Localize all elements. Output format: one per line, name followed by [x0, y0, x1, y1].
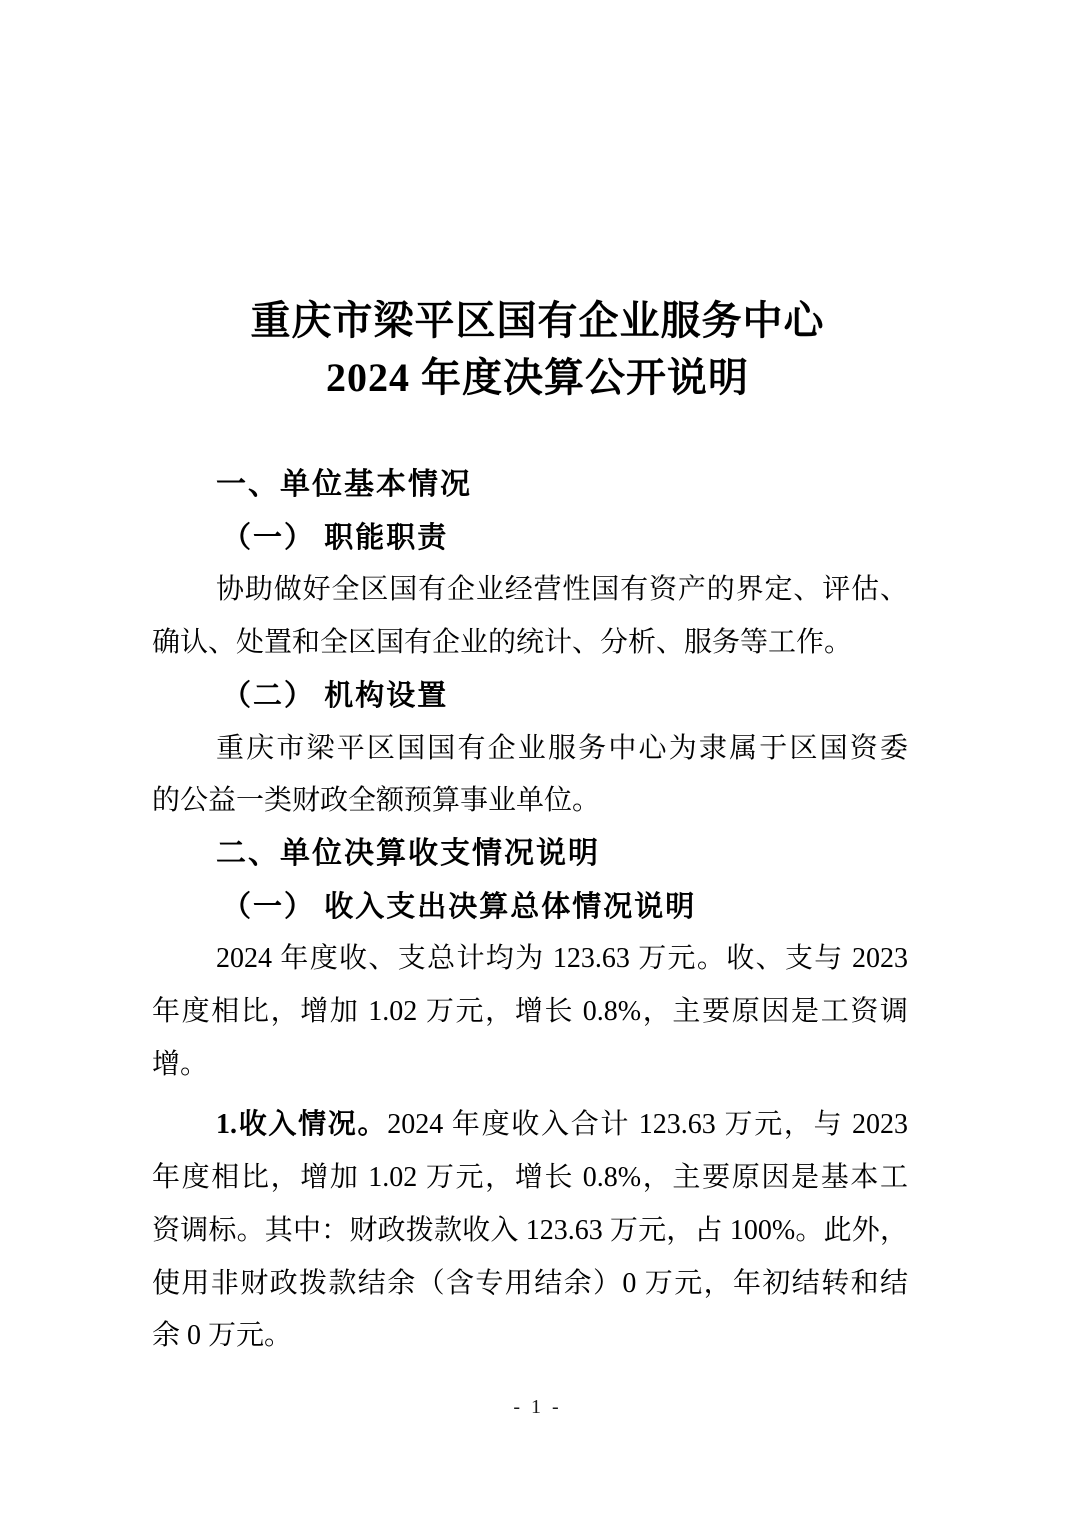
document-page: 重庆市梁平区国有企业服务中心 2024 年度决算公开说明 一、单位基本情况（一）…: [0, 0, 1075, 1520]
paragraph-line: 的公益一类财政全额预算事业单位。: [152, 775, 908, 828]
document-body: 一、单位基本情况（一） 职能职责协助做好全区国有企业经营性国有资产的界定、评估、…: [152, 459, 908, 1363]
paragraph-line: 协助做好全区国有企业经营性国有资产的界定、评估、: [152, 564, 908, 617]
paragraph-line: 余 0 万元。: [152, 1310, 908, 1363]
paragraph-line: 2024 年度收、支总计均为 123.63 万元。收、支与 2023: [152, 933, 908, 986]
paragraph-line: 年度相比，增加 1.02 万元，增长 0.8%，主要原因是基本工: [152, 1152, 908, 1205]
paragraph: 2024 年度收、支总计均为 123.63 万元。收、支与 2023年度相比，增…: [152, 933, 908, 1091]
document-title-line-1: 重庆市梁平区国有企业服务中心: [0, 292, 1075, 349]
document-title-line-2: 2024 年度决算公开说明: [0, 349, 1075, 406]
paragraph-line: 资调标。其中：财政拨款收入 123.63 万元，占 100%。此外，: [152, 1205, 908, 1258]
sub-heading: （二） 机构设置: [152, 670, 908, 723]
paragraph-line: 重庆市梁平区国国有企业服务中心为隶属于区国资委: [152, 723, 908, 776]
page-number: - 1 -: [0, 1396, 1075, 1419]
sub-heading: （一） 收入支出决算总体情况说明: [152, 881, 908, 934]
paragraph: 1.收入情况。2024 年度收入合计 123.63 万元，与 2023年度相比，…: [152, 1099, 908, 1363]
paragraph: 协助做好全区国有企业经营性国有资产的界定、评估、确认、处置和全区国有企业的统计、…: [152, 564, 908, 669]
sub-heading: （一） 职能职责: [152, 512, 908, 565]
paragraph: 重庆市梁平区国国有企业服务中心为隶属于区国资委的公益一类财政全额预算事业单位。: [152, 723, 908, 828]
paragraph-line: 使用非财政拨款结余（含专用结余）0 万元，年初结转和结: [152, 1258, 908, 1311]
paragraph-line: 增。: [152, 1039, 908, 1092]
section-heading: 二、单位决算收支情况说明: [152, 828, 908, 881]
document-title: 重庆市梁平区国有企业服务中心 2024 年度决算公开说明: [0, 292, 1075, 406]
paragraph-line: 确认、处置和全区国有企业的统计、分析、服务等工作。: [152, 617, 908, 670]
section-heading: 一、单位基本情况: [152, 459, 908, 512]
paragraph-line: 年度相比，增加 1.02 万元，增长 0.8%，主要原因是工资调: [152, 986, 908, 1039]
paragraph-line: 1.收入情况。2024 年度收入合计 123.63 万元，与 2023: [152, 1099, 908, 1152]
